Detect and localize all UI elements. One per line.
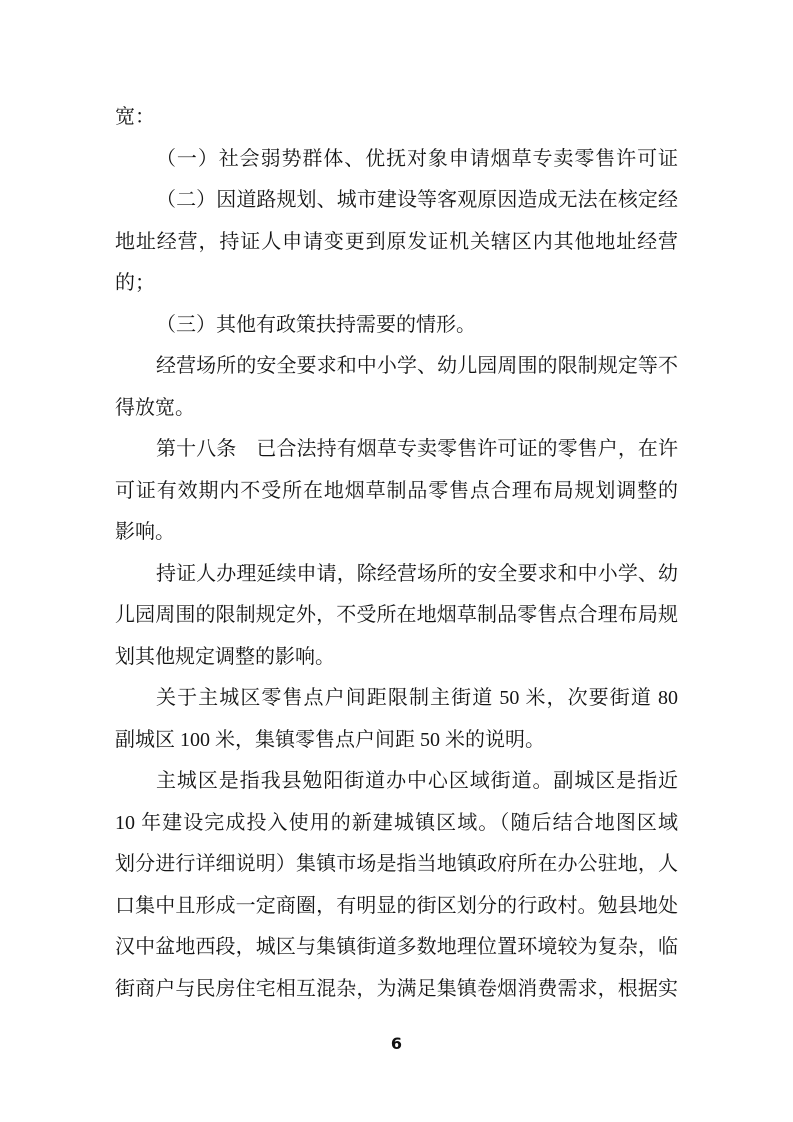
paragraph: 持证人办理延续申请，除经营场所的安全要求和中小学、幼儿园周围的限制规定外，不受所… xyxy=(115,554,678,679)
paragraph: 主城区是指我县勉阳街道办中心区域街道。副城区是指近10 年建设完成投入使用的新建… xyxy=(115,761,678,1010)
text-line: 汉中盆地西段，城区与集镇街道多数地理位置环境较为复杂，临 xyxy=(115,927,678,969)
paragraph: 第十八条 已合法持有烟草专卖零售许可证的零售户，在许可证有效期内不受所在地烟草制… xyxy=(115,429,678,554)
text-line: 划分进行详细说明）集镇市场是指当地镇政府所在办公驻地，人 xyxy=(115,844,678,886)
document-page: 宽：（一）社会弱势群体、优抚对象申请烟草专卖零售许可证的；（二）因道路规划、城市… xyxy=(0,0,793,1122)
text-line: 主城区是指我县勉阳街道办中心区域街道。副城区是指近 xyxy=(115,761,678,803)
text-line: 影响。 xyxy=(115,512,678,554)
paragraph: （三）其他有政策扶持需要的情形。 xyxy=(115,305,678,347)
paragraph: 关于主城区零售点户间距限制主街道 50 米，次要街道 80 米，副城区 100 … xyxy=(115,678,678,761)
text-line: 划其他规定调整的影响。 xyxy=(115,637,678,679)
text-line: 得放宽。 xyxy=(115,388,678,430)
text-line: 口集中且形成一定商圈，有明显的街区划分的行政村。勉县地处 xyxy=(115,886,678,928)
text-line: 地址经营，持证人申请变更到原发证机关辖区内其他地址经营 xyxy=(115,222,678,264)
text-line: 持证人办理延续申请，除经营场所的安全要求和中小学、幼 xyxy=(115,554,678,596)
text-line: 第十八条 已合法持有烟草专卖零售许可证的零售户，在许 xyxy=(115,429,678,471)
text-line: 经营场所的安全要求和中小学、幼儿园周围的限制规定等不 xyxy=(115,346,678,388)
text-line: （一）社会弱势群体、优抚对象申请烟草专卖零售许可证的； xyxy=(115,139,678,181)
text-line: 副城区 100 米，集镇零售点户间距 50 米的说明。 xyxy=(115,720,678,762)
page-number: 6 xyxy=(0,1034,793,1053)
paragraph: 经营场所的安全要求和中小学、幼儿园周围的限制规定等不得放宽。 xyxy=(115,346,678,429)
text-line: 10 年建设完成投入使用的新建城镇区域。（随后结合地图区域 xyxy=(115,803,678,845)
text-line: 宽： xyxy=(115,97,678,139)
text-block: 宽：（一）社会弱势群体、优抚对象申请烟草专卖零售许可证的；（二）因道路规划、城市… xyxy=(115,97,678,1010)
text-line: 可证有效期内不受所在地烟草制品零售点合理布局规划调整的 xyxy=(115,471,678,513)
paragraph: 宽： xyxy=(115,97,678,139)
text-line: 的； xyxy=(115,263,678,305)
text-line: 儿园周围的限制规定外，不受所在地烟草制品零售点合理布局规 xyxy=(115,595,678,637)
text-line: （三）其他有政策扶持需要的情形。 xyxy=(115,305,678,347)
text-line: （二）因道路规划、城市建设等客观原因造成无法在核定经营 xyxy=(115,180,678,222)
text-line: 街商户与民房住宅相互混杂，为满足集镇卷烟消费需求，根据实 xyxy=(115,969,678,1011)
paragraph: （二）因道路规划、城市建设等客观原因造成无法在核定经营地址经营，持证人申请变更到… xyxy=(115,180,678,305)
text-line: 关于主城区零售点户间距限制主街道 50 米，次要街道 80 米， xyxy=(115,678,678,720)
paragraph: （一）社会弱势群体、优抚对象申请烟草专卖零售许可证的； xyxy=(115,139,678,181)
